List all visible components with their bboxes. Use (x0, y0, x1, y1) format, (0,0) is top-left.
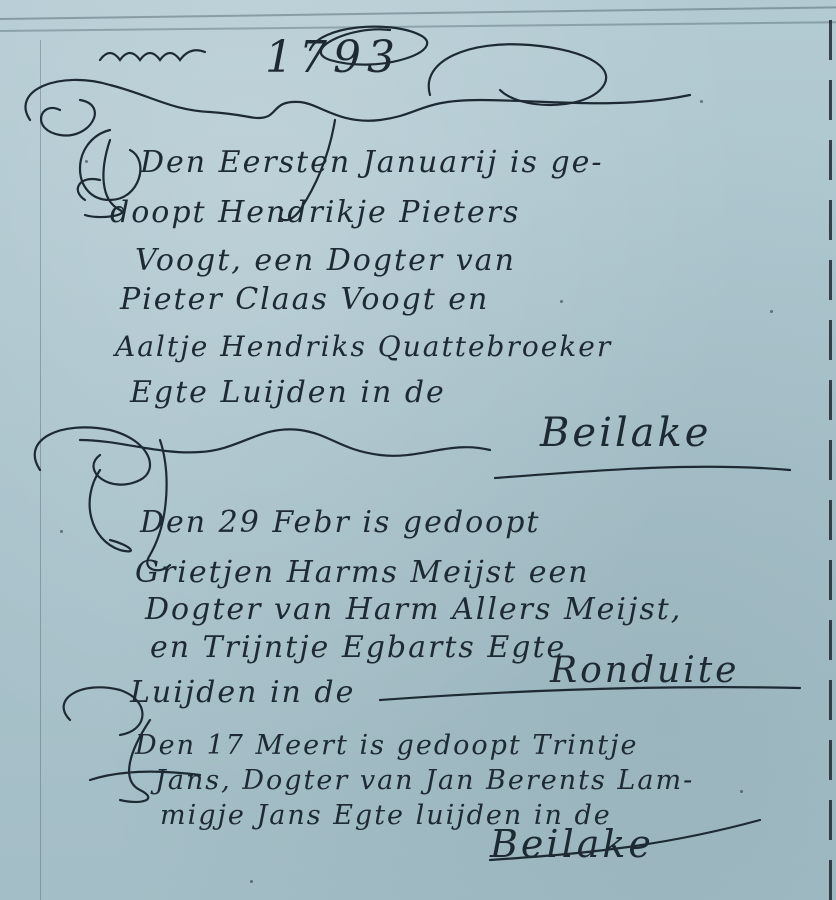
scan-speck (770, 310, 773, 313)
scan-speck (85, 160, 88, 163)
entry-line: doopt Hendrikje Pieters (110, 195, 520, 230)
entry-place: Beilake (540, 410, 711, 456)
entry-line: Luijden in de (130, 675, 355, 710)
entry-line: Voogt, een Dogter van (135, 243, 516, 278)
page-edge (829, 20, 832, 900)
scan-speck (60, 530, 63, 533)
register-page: 1793 Den Eersten Januarij is ge- doopt H… (0, 0, 836, 900)
entry-place: Ronduite (550, 650, 739, 691)
entry-line: Jans, Dogter van Jan Berents Lam- (155, 765, 694, 796)
scan-speck (740, 790, 743, 793)
entry-line: Den Eersten Januarij is ge- (140, 145, 604, 180)
entry-line: Pieter Claas Voogt en (120, 282, 489, 317)
entry-place: Beilake (490, 822, 654, 866)
scan-speck (560, 300, 563, 303)
register-year: 1793 (265, 32, 401, 83)
scan-speck (700, 100, 703, 103)
entry-line: Grietjen Harms Meijst een (135, 555, 590, 590)
entry-line: Den 17 Meert is gedoopt Trintje (135, 730, 638, 761)
entry-line: Aaltje Hendriks Quattebroeker (115, 330, 612, 363)
scan-speck (250, 880, 253, 883)
ruled-line (0, 6, 836, 20)
entry-line: Egte Luijden in de (130, 375, 446, 410)
entry-line: en Trijntje Egbarts Egte (150, 630, 566, 665)
entry-line: Dogter van Harm Allers Meijst, (145, 592, 682, 627)
entry-line: Den 29 Febr is gedoopt (140, 505, 540, 540)
margin-line (40, 40, 41, 900)
ruled-line (0, 21, 836, 32)
